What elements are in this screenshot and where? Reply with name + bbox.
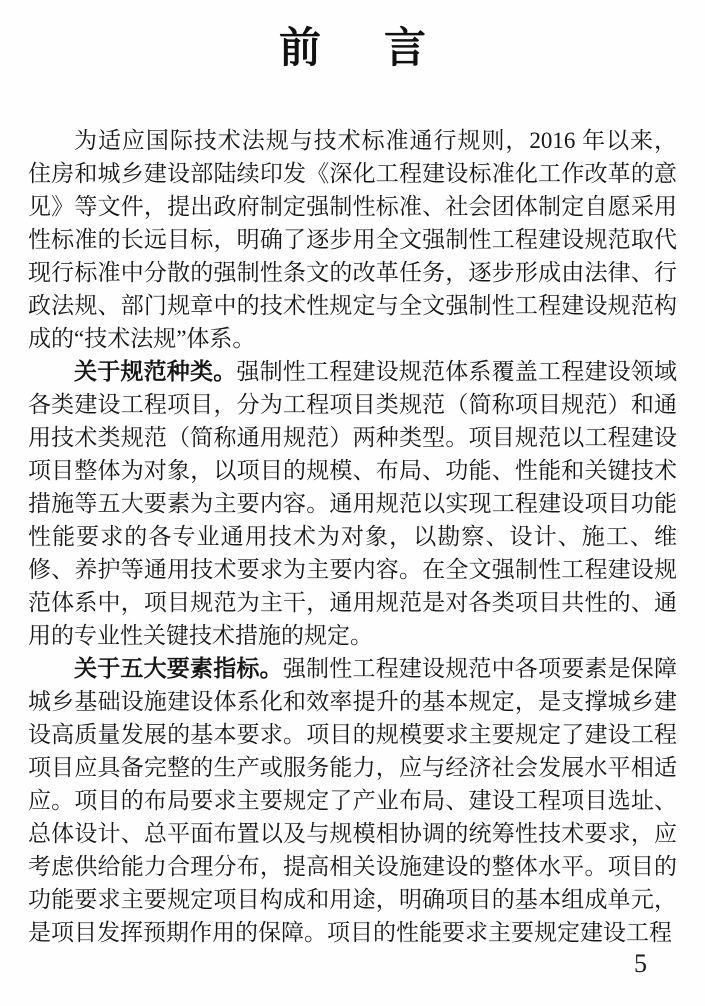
paragraph-text: 强制性工程建设规范体系覆盖工程建设领域各类建设工程项目，分为工程项目类规范（简称… <box>28 359 677 648</box>
paragraph-lead: 关于规范种类。 <box>74 358 236 384</box>
paragraph-text: 强制性工程建设规范中各项要素是保障城乡基础设施建设体系化和效率提升的基本规定，是… <box>28 656 677 945</box>
page-title: 前言 <box>0 28 705 70</box>
paragraph: 关于五大要素指标。强制性工程建设规范中各项要素是保障城乡基础设施建设体系化和效率… <box>28 652 677 949</box>
paragraph: 关于规范种类。强制性工程建设规范体系覆盖工程建设领域各类建设工程项目，分为工程项… <box>28 355 677 652</box>
page-number: 5 <box>634 951 647 977</box>
paragraph-lead: 关于五大要素指标。 <box>74 655 283 681</box>
document-page: 前言 为适应国际技术法规与技术标准通行规则，2016 年以来，住房和城乡建设部陆… <box>0 0 705 1006</box>
paragraph-text: 为适应国际技术法规与技术标准通行规则，2016 年以来，住房和城乡建设部陆续印发… <box>28 128 677 351</box>
paragraph: 为适应国际技术法规与技术标准通行规则，2016 年以来，住房和城乡建设部陆续印发… <box>28 124 677 355</box>
document-body: 为适应国际技术法规与技术标准通行规则，2016 年以来，住房和城乡建设部陆续印发… <box>28 124 677 949</box>
